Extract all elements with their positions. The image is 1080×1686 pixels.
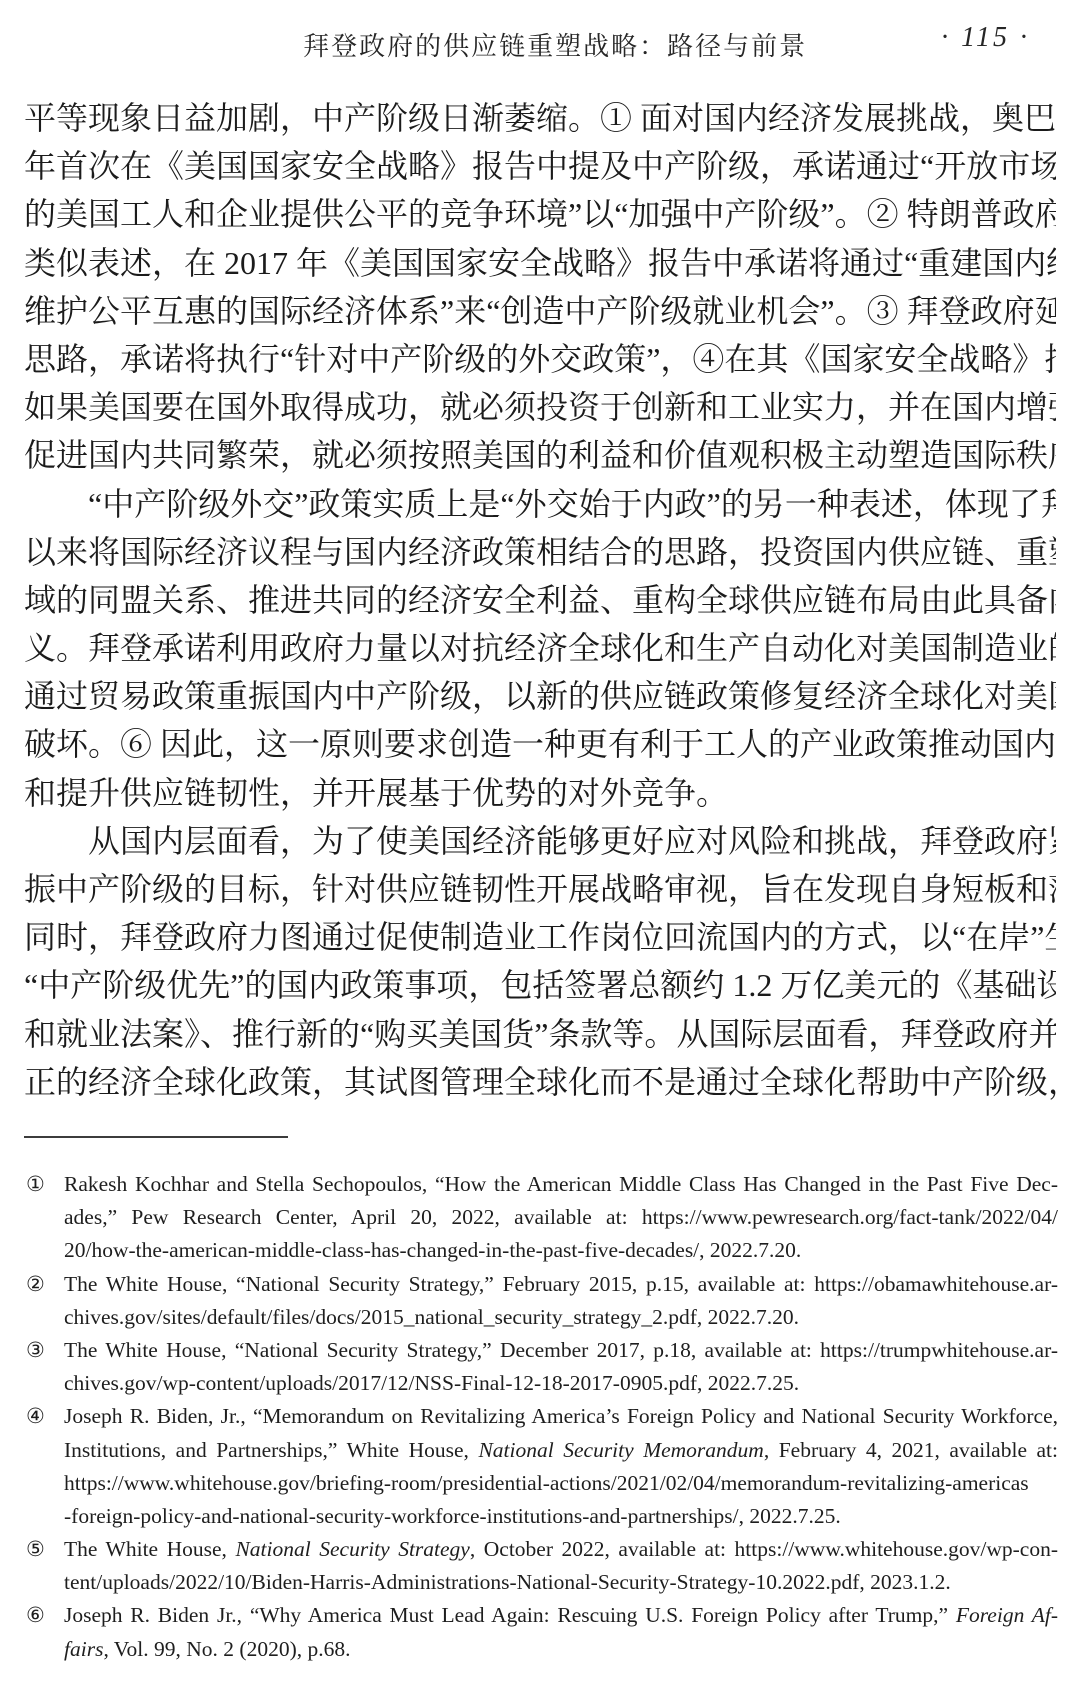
footnote-line: chives.gov/wp-content/uploads/2017/12/NS… [64,1367,1058,1400]
footnote-line: 20/how-the-american-middle-class-has-cha… [64,1234,1058,1267]
body-line: 通过贸易政策重振国内中产阶级，以新的供应链政策修复经济全球化对美国社会的 [24,672,1056,720]
body-line: 破坏。⑥ 因此，这一原则要求创造一种更有利于工人的产业政策推动国内经济发展 [24,720,1056,768]
footnote-separator [24,1136,288,1138]
body-line: “中产阶级优先”的国内政策事项，包括签署总额约 1.2 万亿美元的《基础设施投资 [24,961,1056,1009]
footnote-item: ⑤The White House, National Security Stra… [24,1533,1058,1599]
footnote-line: -foreign-policy-and-national-security-wo… [64,1500,1058,1533]
journal-page: 拜登政府的供应链重塑战略：路径与前景 · 115 · 平等现象日益加剧，中产阶级… [0,0,1080,1686]
body-line: 从国内层面看，为了使美国经济能够更好应对风险和挑战，拜登政府紧紧围绕重 [24,817,1056,865]
footnote-item: ③The White House, “National Security Str… [24,1334,1058,1400]
footnote-line: ades,” Pew Research Center, April 20, 20… [64,1201,1058,1234]
footnote-marker: ⑤ [24,1533,64,1566]
paragraph: 平等现象日益加剧，中产阶级日渐萎缩。① 面对国内经济发展挑战，奥巴马政府 201… [24,94,1056,480]
footnote-marker: ① [24,1168,64,1201]
body-line: 义。拜登承诺利用政府力量以对抗经济全球化和生产自动化对美国制造业的冲击， [24,624,1056,672]
footnote-text: The White House, “National Security Stra… [64,1268,1058,1334]
footnote-item: ④Joseph R. Biden, Jr., “Memorandum on Re… [24,1400,1058,1533]
body-line: 维护公平互惠的国际经济体系”来“创造中产阶级就业机会”。③ 拜登政府延续前任 [24,287,1056,335]
body-line: 以来将国际经济议程与国内经济政策相结合的思路，投资国内供应链、重塑供应链领 [24,528,1056,576]
footnote-line: tent/uploads/2022/10/Biden-Harris-Admini… [64,1566,1058,1599]
body-line: 促进国内共同繁荣，就必须按照美国的利益和价值观积极主动塑造国际秩序。⑤ [24,431,1056,479]
body-line: 类似表述，在 2017 年《美国国家安全战略》报告中承诺将通过“重建国内经济实力… [24,239,1056,287]
footnote-line: fairs, Vol. 99, No. 2 (2020), p.68. [64,1633,1058,1666]
footnote-line: Rakesh Kochhar and Stella Sechopoulos, “… [64,1168,1058,1201]
footnote-marker: ② [24,1268,64,1301]
body-line: 域的同盟关系、推进共同的经济安全利益、重构全球供应链布局由此具备内外两层含 [24,576,1056,624]
footnote-line: chives.gov/sites/default/files/docs/2015… [64,1301,1058,1334]
footnote-text: Rakesh Kochhar and Stella Sechopoulos, “… [64,1168,1058,1268]
running-head-title: 拜登政府的供应链重塑战略：路径与前景 [303,26,807,63]
footnote-line: The White House, National Security Strat… [64,1533,1058,1566]
footnote-line: Joseph R. Biden Jr., “Why America Must L… [64,1599,1058,1632]
body-line: 正的经济全球化政策，其试图管理全球化而不是通过全球化帮助中产阶级，践行“以 [24,1058,1056,1106]
body-line: 同时，拜登政府力图通过促使制造业工作岗位回流国内的方式，以“在岸”生产推进 [24,913,1056,961]
footnote-line: https://www.whitehouse.gov/briefing-room… [64,1467,1058,1500]
footnote-item: ②The White House, “National Security Str… [24,1268,1058,1334]
page-number: · 115 · [941,22,1030,54]
body-line: 年首次在《美国国家安全战略》报告中提及中产阶级，承诺通过“开放市场并为海外 [24,142,1056,190]
footnote-marker: ③ [24,1334,64,1367]
footnote-marker: ④ [24,1400,64,1433]
body-line: 如果美国要在国外取得成功，就必须投资于创新和工业实力，并在国内增强韧性，为 [24,383,1056,431]
footnote-line: Joseph R. Biden, Jr., “Memorandum on Rev… [64,1400,1058,1433]
body-line: 思路，承诺将执行“针对中产阶级的外交政策”，④在其《国家安全战略》报告中表示， [24,335,1056,383]
footnote-item: ①Rakesh Kochhar and Stella Sechopoulos, … [24,1168,1058,1268]
body-line: 平等现象日益加剧，中产阶级日渐萎缩。① 面对国内经济发展挑战，奥巴马政府 201… [24,94,1056,142]
footnote-item: ⑥Joseph R. Biden Jr., “Why America Must … [24,1599,1058,1665]
paragraph: “中产阶级外交”政策实质上是“外交始于内政”的另一种表述，体现了拜登执政以来将国… [24,480,1056,817]
body-line: 的美国工人和企业提供公平的竞争环境”以“加强中产阶级”。② 特朗普政府也采取 [24,190,1056,238]
footnote-line: The White House, “National Security Stra… [64,1334,1058,1367]
footnote-text: The White House, National Security Strat… [64,1533,1058,1599]
footnote-marker: ⑥ [24,1599,64,1632]
footnote-list: ①Rakesh Kochhar and Stella Sechopoulos, … [24,1168,1058,1666]
footnote-text: Joseph R. Biden, Jr., “Memorandum on Rev… [64,1400,1058,1533]
running-head: 拜登政府的供应链重塑战略：路径与前景 · 115 · [0,0,1080,70]
footnote-line: The White House, “National Security Stra… [64,1268,1058,1301]
body-line: 和提升供应链韧性，并开展基于优势的对外竞争。 [24,769,1056,817]
footnote-line: Institutions, and Partnerships,” White H… [64,1434,1058,1467]
body-line: 振中产阶级的目标，针对供应链韧性开展战略审视，旨在发现自身短板和薄弱环节。 [24,865,1056,913]
footnote-text: The White House, “National Security Stra… [64,1334,1058,1400]
body-line: “中产阶级外交”政策实质上是“外交始于内政”的另一种表述，体现了拜登执政 [24,480,1056,528]
footnote-text: Joseph R. Biden Jr., “Why America Must L… [64,1599,1058,1665]
body-line: 和就业法案》、推行新的“购买美国货”条款等。从国际层面看，拜登政府并未实施真 [24,1010,1056,1058]
body-text: 平等现象日益加剧，中产阶级日渐萎缩。① 面对国内经济发展挑战，奥巴马政府 201… [24,94,1056,1106]
paragraph: 从国内层面看，为了使美国经济能够更好应对风险和挑战，拜登政府紧紧围绕重振中产阶级… [24,817,1056,1106]
